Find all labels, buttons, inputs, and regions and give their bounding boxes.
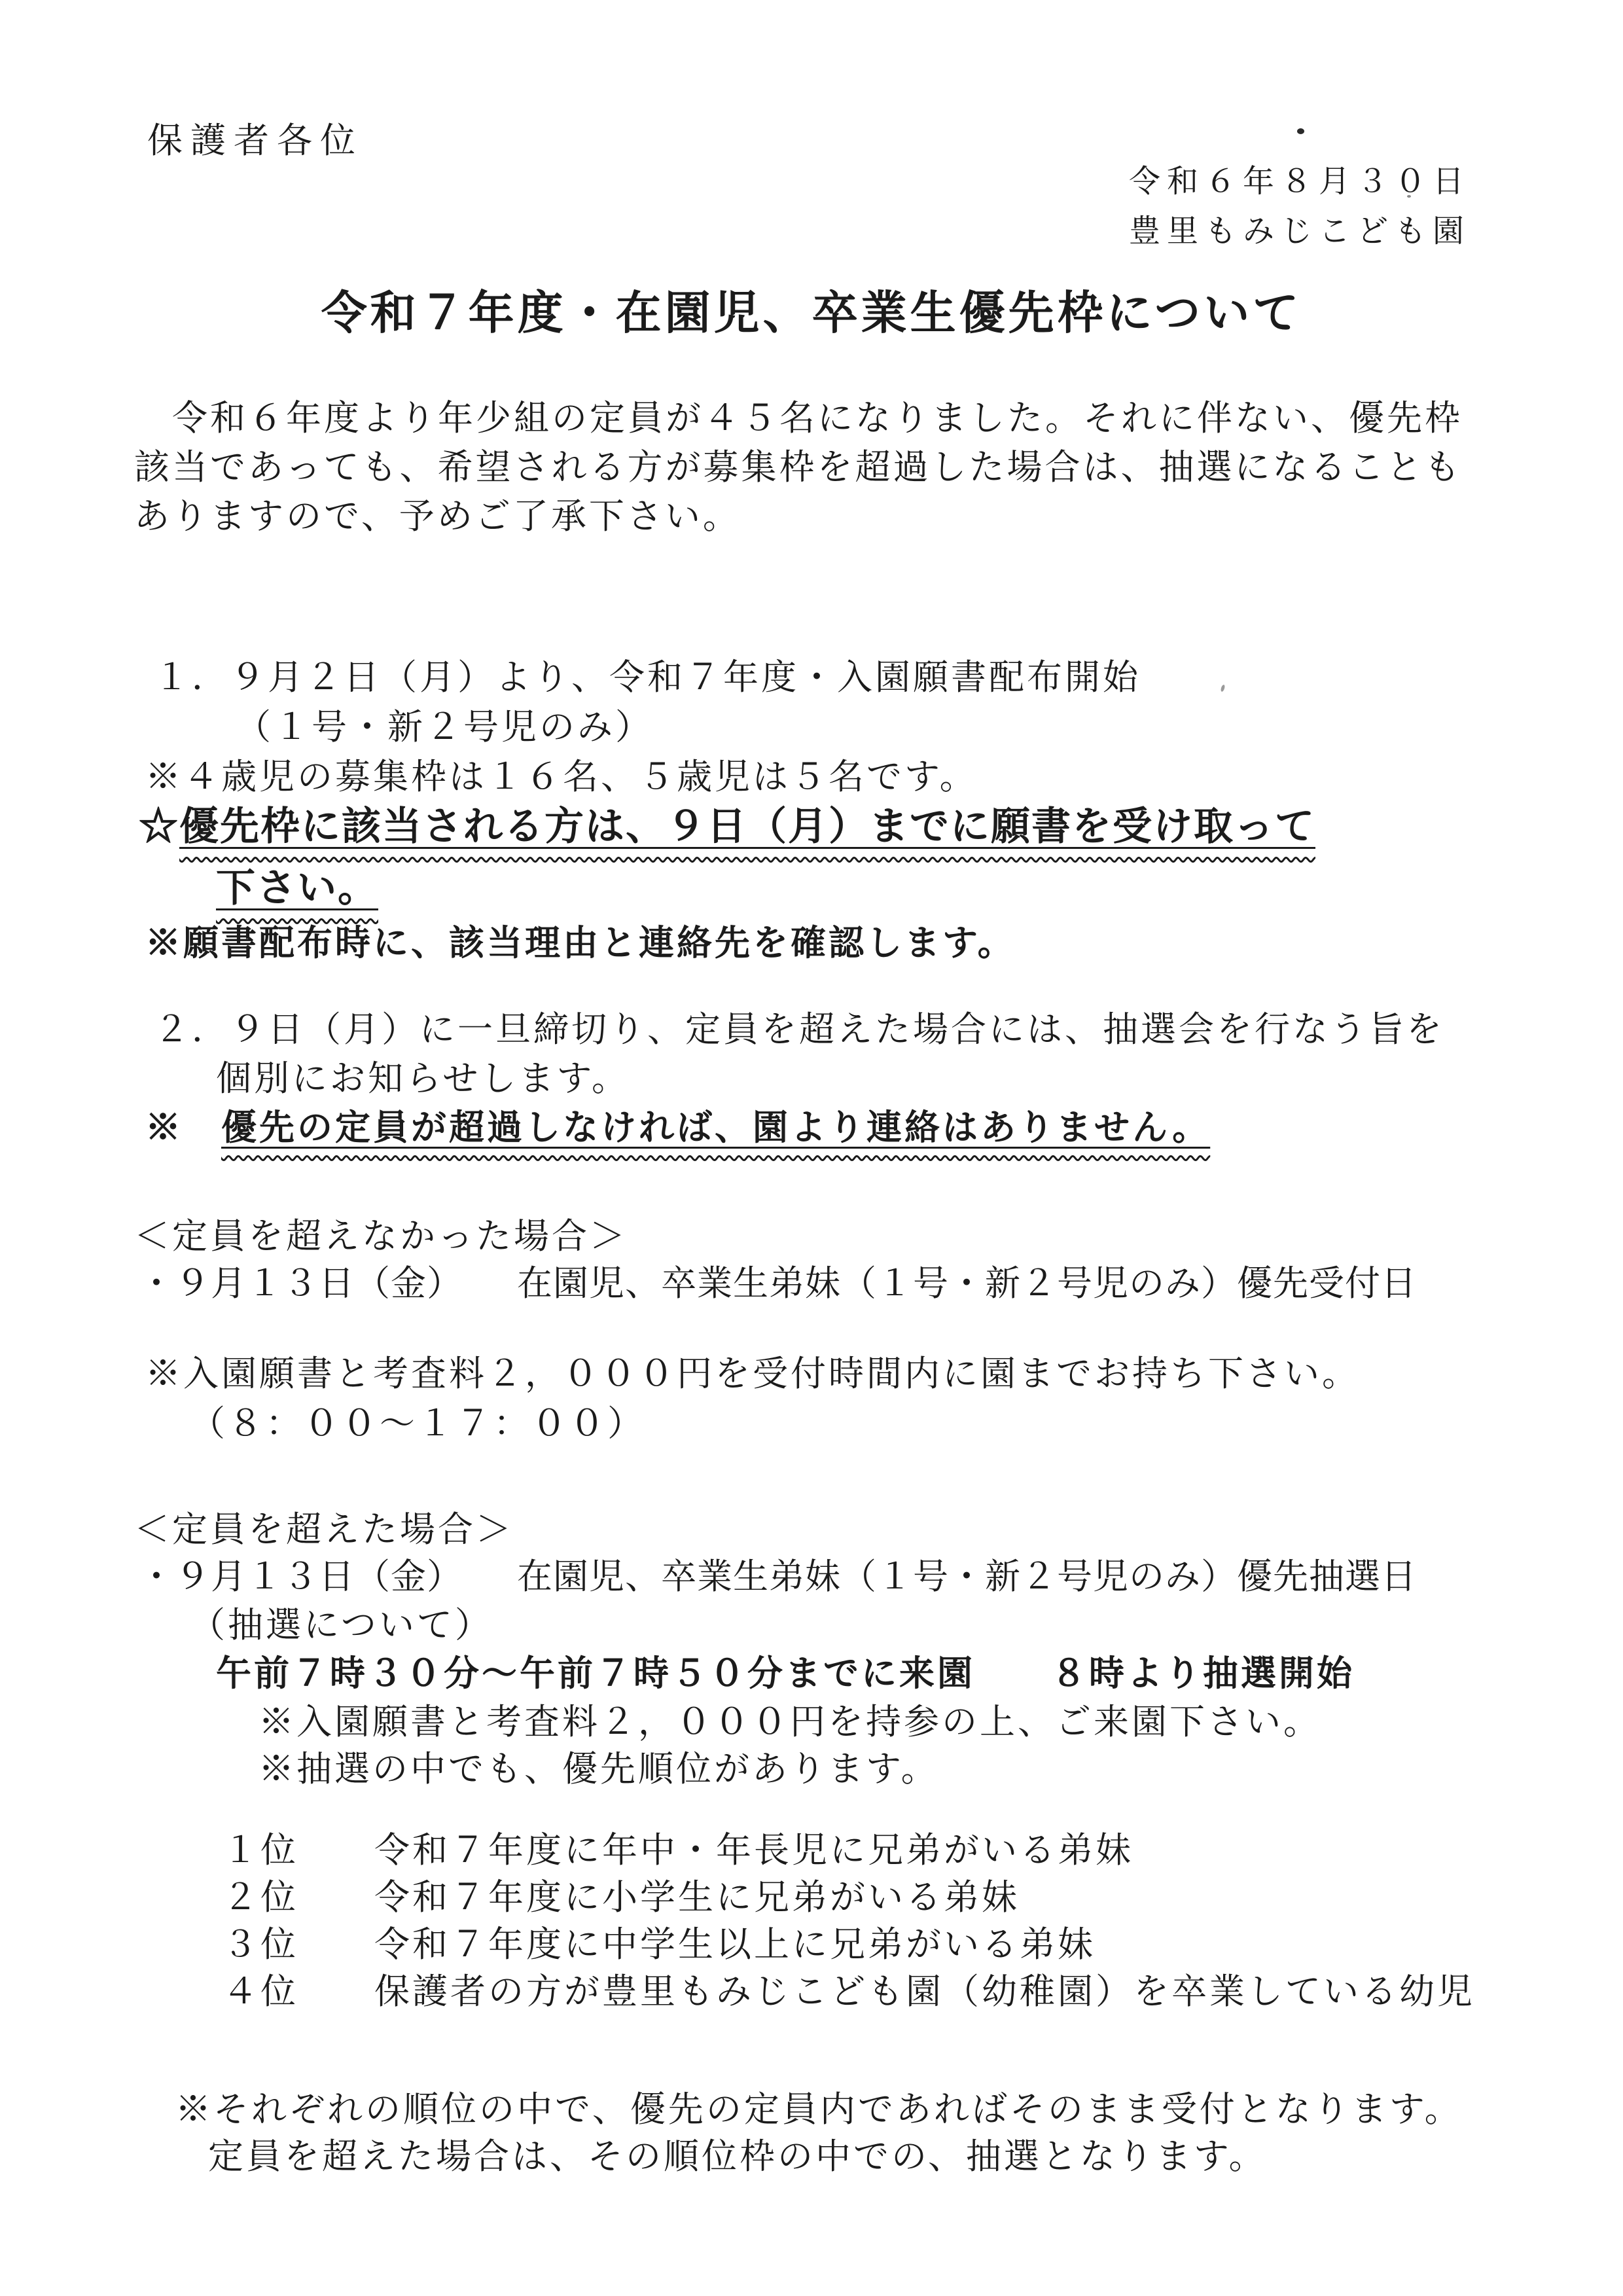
section2-heading: ２．９日（月）に一旦締切り、定員を超えた場合には、抽選会を行なう旨を: [154, 1008, 1444, 1052]
priority-rank-4: ４位 保護者の方が豊里もみじこども園（幼稚園）を卒業している幼児: [223, 1970, 1475, 2015]
document-page: 保護者各位 令和６年８月３０日 豊里もみじこども園 令和７年度・在園児、卒業生優…: [0, 0, 1623, 2296]
scan-artifact-dot: [1407, 195, 1411, 198]
case-not-exceeded-item: ・９月１３日（金） 在園児、卒業生弟妹（１号・新２号児のみ）優先受付日: [139, 1262, 1417, 1306]
addressee: 保護者各位: [147, 119, 363, 164]
priority-rank-1: １位 令和７年度に年中・年長児に兄弟がいる弟妹: [223, 1829, 1133, 1873]
footer-note-1: ※それぞれの順位の中で、優先の定員内であればそのまま受付となります。: [175, 2088, 1463, 2132]
intro-line-2: 該当であっても、希望される方が募集枠を超過した場合は、抽選になることも: [134, 446, 1462, 490]
case-not-exceeded-heading: ＜定員を超えなかった場合＞: [134, 1215, 628, 1259]
document-date: 令和６年８月３０日: [1129, 162, 1471, 202]
note-marker: ※: [145, 1108, 221, 1147]
priority-deadline-emphasis: ☆優先枠に該当される方は、９日（月）までに願書を受け取って: [139, 802, 1315, 852]
scan-artifact-dot: [1220, 684, 1225, 692]
footer-note-2: 定員を超えた場合は、その順位枠の中での、抽選となります。: [208, 2135, 1267, 2179]
priority-deadline-text-2: 下さい。: [216, 867, 378, 910]
section1-confirm-note: ※願書配布時に、該当理由と連絡先を確認します。: [145, 922, 1016, 966]
organization-name: 豊里もみじこども園: [1129, 212, 1471, 251]
page-title: 令和７年度・在園児、卒業生優先枠について: [0, 285, 1623, 343]
lottery-note-1: ※入園願書と考査料２，０００円を持参の上、ご来園下さい。: [259, 1700, 1321, 1745]
section1-quota-note: ※４歳児の募集枠は１６名、５歳児は５名です。: [145, 755, 978, 800]
section1-subline: （１号・新２号児のみ）: [236, 706, 653, 750]
priority-rank-3: ３位 令和７年度に中学生以上に兄弟がいる弟妹: [223, 1923, 1096, 1967]
lottery-about-label: （抽選について）: [190, 1604, 493, 1648]
priority-deadline-text: 優先枠に該当される方は、９日（月）までに願書を受け取って: [179, 805, 1315, 848]
intro-line-3: ありますので、予めご了承下さい。: [134, 495, 741, 539]
priority-deadline-emphasis-2: 下さい。: [216, 864, 378, 913]
section2-no-contact-note: ※ 優先の定員が超過しなければ、園より連絡はありません。: [145, 1106, 1210, 1151]
lottery-note-2: ※抽選の中でも、優先順位があります。: [259, 1748, 939, 1792]
case-not-exceeded-note: ※入園願書と考査料２，０００円を受付時間内に園までお持ち下さい。: [145, 1352, 1360, 1397]
section2-heading-2: 個別にお知らせします。: [216, 1057, 630, 1102]
no-contact-text: 優先の定員が超過しなければ、園より連絡はありません。: [221, 1108, 1210, 1147]
reception-hours: （８：００～１７：００）: [190, 1402, 645, 1446]
case-exceeded-heading: ＜定員を超えた場合＞: [134, 1508, 514, 1552]
lottery-schedule: 午前７時３０分～午前７時５０分までに来園 ８時より抽選開始: [216, 1652, 1355, 1696]
scan-artifact-dot: [1297, 128, 1304, 134]
star-icon: ☆: [139, 805, 179, 848]
intro-line-1: 令和６年度より年少組の定員が４５名になりました。それに伴ない、優先枠: [134, 397, 1463, 441]
case-exceeded-item: ・９月１３日（金） 在園児、卒業生弟妹（１号・新２号児のみ）優先抽選日: [139, 1555, 1417, 1600]
section1-heading: １．９月２日（月）より、令和７年度・入園願書配布開始: [154, 656, 1141, 700]
priority-rank-2: ２位 令和７年度に小学生に兄弟がいる弟妹: [223, 1876, 1020, 1920]
